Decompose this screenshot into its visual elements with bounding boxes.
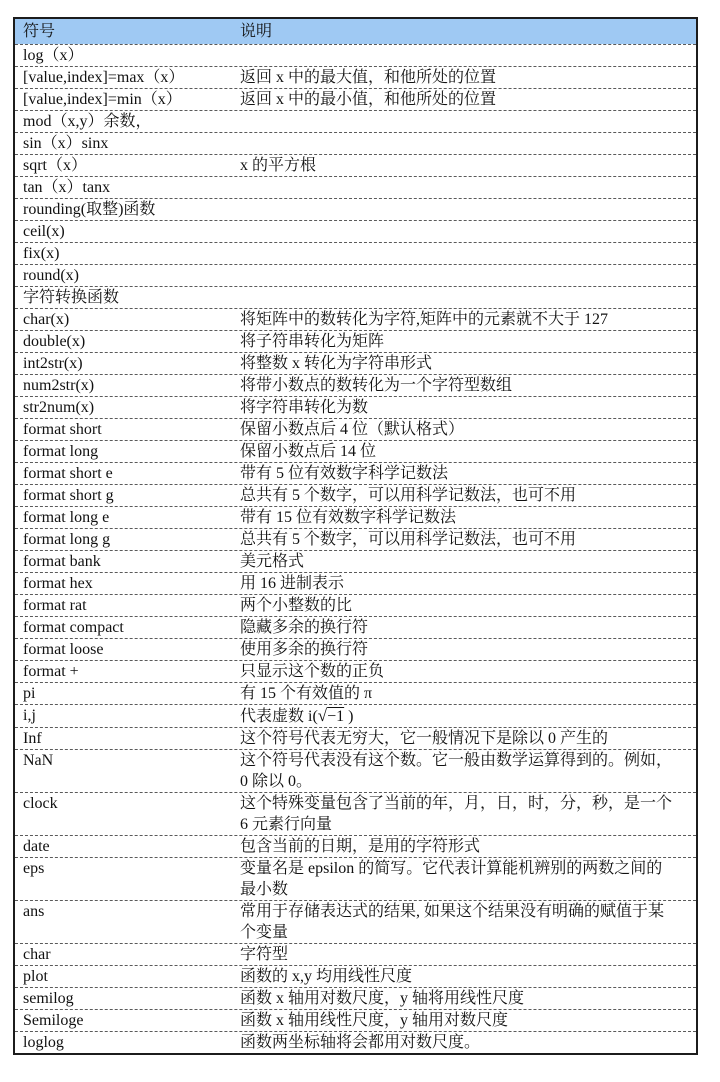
symbol-cell: format long g bbox=[15, 529, 240, 550]
table-row: date包含当前的日期，是用的字符形式 bbox=[15, 835, 696, 857]
table-row: NaN这个符号代表没有这个数。它一般由数学运算得到的。例如，0 除以 0。 bbox=[15, 749, 696, 792]
symbol-cell: format long bbox=[15, 441, 240, 462]
description-cell: 带有 15 位有效数字科学记数法 bbox=[240, 507, 696, 528]
description-cell bbox=[240, 221, 696, 242]
symbol-cell: fix(x) bbox=[15, 243, 240, 264]
table-row: str2num(x)将字符串转化为数 bbox=[15, 396, 696, 418]
symbol-cell: format hex bbox=[15, 573, 240, 594]
description-cell: 只显示这个数的正负 bbox=[240, 661, 696, 682]
symbol-cell: NaN bbox=[15, 750, 240, 792]
table-body: log（x）[value,index]=max（x）返回 x 中的最大值，和他所… bbox=[15, 44, 696, 1053]
description-cell: 这个符号代表没有这个数。它一般由数学运算得到的。例如，0 除以 0。 bbox=[240, 750, 696, 792]
description-cell bbox=[240, 111, 696, 132]
description-cell: 总共有 5 个数字，可以用科学记数法，也可不用 bbox=[240, 529, 696, 550]
symbol-table: 符号 说明 log（x）[value,index]=max（x）返回 x 中的最… bbox=[13, 17, 698, 1055]
table-row: sin（x）sinx bbox=[15, 132, 696, 154]
symbol-cell: char bbox=[15, 944, 240, 965]
table-row: format short保留小数点后 4 位（默认格式） bbox=[15, 418, 696, 440]
table-row: format hex用 16 进制表示 bbox=[15, 572, 696, 594]
symbol-cell: log（x） bbox=[15, 45, 240, 66]
table-row: 字符转换函数 bbox=[15, 286, 696, 308]
table-row: [value,index]=min（x）返回 x 中的最小值，和他所处的位置 bbox=[15, 88, 696, 110]
symbol-cell: clock bbox=[15, 793, 240, 835]
description-cell: 函数 x 轴用线性尺度，y 轴用对数尺度 bbox=[240, 1010, 696, 1031]
symbol-cell: [value,index]=min（x） bbox=[15, 89, 240, 110]
description-cell: 变量名是 epsilon 的简写。它代表计算能机辨别的两数之间的最小数 bbox=[240, 858, 696, 900]
symbol-cell: char(x) bbox=[15, 309, 240, 330]
description-cell bbox=[240, 133, 696, 154]
description-cell: 函数的 x,y 均用线性尺度 bbox=[240, 966, 696, 987]
description-cell: 带有 5 位有效数字科学记数法 bbox=[240, 463, 696, 484]
document-page: 符号 说明 log（x）[value,index]=max（x）返回 x 中的最… bbox=[0, 0, 720, 1082]
description-cell: x 的平方根 bbox=[240, 155, 696, 176]
table-row: format long e带有 15 位有效数字科学记数法 bbox=[15, 506, 696, 528]
symbol-cell: Semiloge bbox=[15, 1010, 240, 1031]
symbol-cell: mod（x,y）余数， bbox=[15, 111, 240, 132]
table-row: format +只显示这个数的正负 bbox=[15, 660, 696, 682]
symbol-cell: sin（x）sinx bbox=[15, 133, 240, 154]
description-cell bbox=[240, 243, 696, 264]
table-row: eps变量名是 epsilon 的简写。它代表计算能机辨别的两数之间的最小数 bbox=[15, 857, 696, 900]
column-header-description: 说明 bbox=[240, 19, 696, 44]
description-cell: 常用于存储表达式的结果, 如果这个结果没有明确的赋值于某个变量 bbox=[240, 901, 696, 943]
symbol-cell: ans bbox=[15, 901, 240, 943]
table-row: format long g总共有 5 个数字，可以用科学记数法，也可不用 bbox=[15, 528, 696, 550]
table-row: plot函数的 x,y 均用线性尺度 bbox=[15, 965, 696, 987]
symbol-cell: double(x) bbox=[15, 331, 240, 352]
description-cell: 字符型 bbox=[240, 944, 696, 965]
table-row: ceil(x) bbox=[15, 220, 696, 242]
table-row: sqrt（x）x 的平方根 bbox=[15, 154, 696, 176]
description-cell bbox=[240, 287, 696, 308]
table-row: format short e带有 5 位有效数字科学记数法 bbox=[15, 462, 696, 484]
table-row: fix(x) bbox=[15, 242, 696, 264]
table-row: [value,index]=max（x）返回 x 中的最大值，和他所处的位置 bbox=[15, 66, 696, 88]
symbol-cell: sqrt（x） bbox=[15, 155, 240, 176]
description-cell bbox=[240, 45, 696, 66]
description-cell: 代表虚数 i(√−1 ) bbox=[240, 705, 696, 727]
table-row: i,j代表虚数 i(√−1 ) bbox=[15, 704, 696, 727]
table-row: format loose使用多余的换行符 bbox=[15, 638, 696, 660]
table-row: format rat两个小整数的比 bbox=[15, 594, 696, 616]
symbol-cell: format rat bbox=[15, 595, 240, 616]
table-row: Semiloge函数 x 轴用线性尺度，y 轴用对数尺度 bbox=[15, 1009, 696, 1031]
description-cell: 将整数 x 转化为字符串形式 bbox=[240, 353, 696, 374]
symbol-cell: format + bbox=[15, 661, 240, 682]
description-cell bbox=[240, 265, 696, 286]
table-row: char(x)将矩阵中的数转化为字符,矩阵中的元素就不大于 127 bbox=[15, 308, 696, 330]
table-row: mod（x,y）余数， bbox=[15, 110, 696, 132]
table-row: Inf这个符号代表无穷大，它一般情况下是除以 0 产生的 bbox=[15, 727, 696, 749]
description-cell: 隐藏多余的换行符 bbox=[240, 617, 696, 638]
symbol-cell: str2num(x) bbox=[15, 397, 240, 418]
symbol-cell: 字符转换函数 bbox=[15, 287, 240, 308]
table-row: tan（x）tanx bbox=[15, 176, 696, 198]
description-cell: 包含当前的日期，是用的字符形式 bbox=[240, 836, 696, 857]
symbol-cell: i,j bbox=[15, 705, 240, 727]
symbol-cell: format compact bbox=[15, 617, 240, 638]
symbol-cell: format bank bbox=[15, 551, 240, 572]
symbol-cell: [value,index]=max（x） bbox=[15, 67, 240, 88]
table-row: rounding(取整)函数 bbox=[15, 198, 696, 220]
description-cell: 返回 x 中的最大值，和他所处的位置 bbox=[240, 67, 696, 88]
symbol-cell: format short g bbox=[15, 485, 240, 506]
symbol-cell: round(x) bbox=[15, 265, 240, 286]
symbol-cell: pi bbox=[15, 683, 240, 704]
symbol-cell: format short e bbox=[15, 463, 240, 484]
description-cell: 保留小数点后 14 位 bbox=[240, 441, 696, 462]
table-row: round(x) bbox=[15, 264, 696, 286]
description-cell: 将字符串转化为数 bbox=[240, 397, 696, 418]
table-row: format long保留小数点后 14 位 bbox=[15, 440, 696, 462]
table-row: char字符型 bbox=[15, 943, 696, 965]
table-row: pi有 15 个有效值的 π bbox=[15, 682, 696, 704]
symbol-cell: loglog bbox=[15, 1032, 240, 1053]
symbol-cell: date bbox=[15, 836, 240, 857]
symbol-cell: num2str(x) bbox=[15, 375, 240, 396]
description-cell: 有 15 个有效值的 π bbox=[240, 683, 696, 704]
table-header-row: 符号 说明 bbox=[15, 19, 696, 44]
table-row: format bank美元格式 bbox=[15, 550, 696, 572]
description-cell: 美元格式 bbox=[240, 551, 696, 572]
description-cell: 将矩阵中的数转化为字符,矩阵中的元素就不大于 127 bbox=[240, 309, 696, 330]
description-cell: 两个小整数的比 bbox=[240, 595, 696, 616]
description-cell: 返回 x 中的最小值，和他所处的位置 bbox=[240, 89, 696, 110]
symbol-cell: plot bbox=[15, 966, 240, 987]
symbol-cell: tan（x）tanx bbox=[15, 177, 240, 198]
symbol-cell: int2str(x) bbox=[15, 353, 240, 374]
table-row: ans常用于存储表达式的结果, 如果这个结果没有明确的赋值于某个变量 bbox=[15, 900, 696, 943]
radical-sign: √ bbox=[318, 706, 327, 725]
description-cell: 使用多余的换行符 bbox=[240, 639, 696, 660]
description-cell: 将带小数点的数转化为一个字符型数组 bbox=[240, 375, 696, 396]
radicand: −1 bbox=[327, 708, 344, 725]
symbol-cell: ceil(x) bbox=[15, 221, 240, 242]
symbol-cell: rounding(取整)函数 bbox=[15, 199, 240, 220]
description-cell: 保留小数点后 4 位（默认格式） bbox=[240, 419, 696, 440]
description-cell: 函数 x 轴用对数尺度，y 轴将用线性尺度 bbox=[240, 988, 696, 1009]
description-cell bbox=[240, 199, 696, 220]
table-row: loglog函数两坐标轴将会都用对数尺度。 bbox=[15, 1031, 696, 1053]
symbol-cell: format loose bbox=[15, 639, 240, 660]
table-row: semilog函数 x 轴用对数尺度，y 轴将用线性尺度 bbox=[15, 987, 696, 1009]
description-cell: 将子符串转化为矩阵 bbox=[240, 331, 696, 352]
symbol-cell: format long e bbox=[15, 507, 240, 528]
table-row: format short g总共有 5 个数字，可以用科学记数法，也可不用 bbox=[15, 484, 696, 506]
description-cell: 这个特殊变量包含了当前的年，月，日，时，分，秒，是一个6 元素行向量 bbox=[240, 793, 696, 835]
symbol-cell: semilog bbox=[15, 988, 240, 1009]
table-row: int2str(x)将整数 x 转化为字符串形式 bbox=[15, 352, 696, 374]
table-row: double(x)将子符串转化为矩阵 bbox=[15, 330, 696, 352]
symbol-cell: format short bbox=[15, 419, 240, 440]
table-row: format compact隐藏多余的换行符 bbox=[15, 616, 696, 638]
description-cell: 函数两坐标轴将会都用对数尺度。 bbox=[240, 1032, 696, 1053]
description-cell: 这个符号代表无穷大，它一般情况下是除以 0 产生的 bbox=[240, 728, 696, 749]
symbol-cell: eps bbox=[15, 858, 240, 900]
symbol-cell: Inf bbox=[15, 728, 240, 749]
description-cell: 用 16 进制表示 bbox=[240, 573, 696, 594]
table-row: log（x） bbox=[15, 44, 696, 66]
column-header-symbol: 符号 bbox=[15, 19, 240, 44]
table-row: num2str(x)将带小数点的数转化为一个字符型数组 bbox=[15, 374, 696, 396]
table-row: clock这个特殊变量包含了当前的年，月，日，时，分，秒，是一个6 元素行向量 bbox=[15, 792, 696, 835]
description-cell: 总共有 5 个数字，可以用科学记数法，也可不用 bbox=[240, 485, 696, 506]
description-cell bbox=[240, 177, 696, 198]
